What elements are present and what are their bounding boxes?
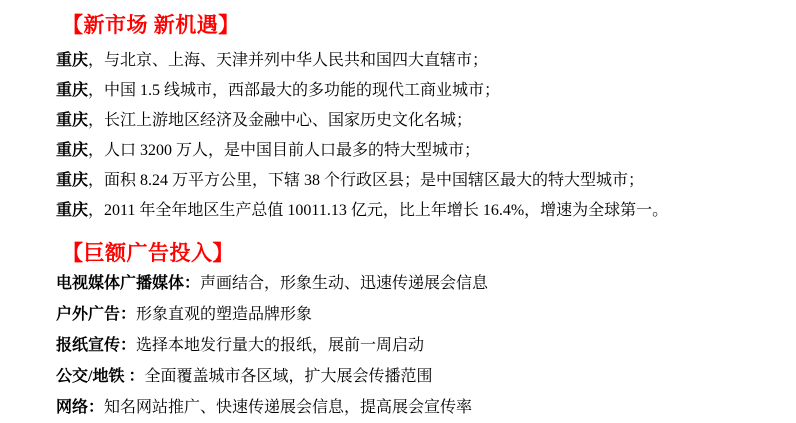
row-label: 网络：	[56, 399, 104, 416]
row-label: 重庆	[56, 82, 88, 99]
city-fact-row: 重庆，2011 年全年地区生产总值 10011.13 亿元，比上年增长 16.4…	[56, 196, 796, 226]
city-fact-row: 重庆，中国 1.5 线城市，西部最大的多功能的现代工商业城市；	[56, 76, 796, 106]
row-label: 户外广告：	[56, 306, 136, 323]
ad-channel-row: 网络：知名网站推广、快速传递展会信息，提高展会宣传率	[56, 392, 796, 423]
city-fact-row: 重庆，人口 3200 万人，是中国目前人口最多的特大型城市；	[56, 136, 796, 166]
row-label: 重庆	[56, 202, 88, 219]
row-text: ，人口 3200 万人，是中国目前人口最多的特大型城市；	[88, 142, 480, 159]
row-label: 电视媒体广播媒体：	[56, 275, 200, 292]
city-fact-row: 重庆，面积 8.24 万平方公里，下辖 38 个行政区县；是中国辖区最大的特大型…	[56, 166, 796, 196]
row-label: 公交/地铁 ：	[56, 368, 144, 385]
row-text: ，与北京、上海、天津并列中华人民共和国四大直辖市；	[88, 52, 488, 69]
section-heading-new-market: 【新市场 新机遇】	[62, 12, 796, 38]
row-text: 选择本地发行量大的报纸，展前一周启动	[136, 337, 424, 354]
row-text: 全面覆盖城市各区域，扩大展会传播范围	[144, 368, 432, 385]
city-fact-row: 重庆，长江上游地区经济及金融中心、国家历史文化名城；	[56, 106, 796, 136]
ad-channel-row: 报纸宣传：选择本地发行量大的报纸，展前一周启动	[56, 330, 796, 361]
row-text: ，2011 年全年地区生产总值 10011.13 亿元，比上年增长 16.4%，…	[88, 202, 668, 219]
row-label: 重庆	[56, 52, 88, 69]
row-text: 形象直观的塑造品牌形象	[136, 306, 312, 323]
row-label: 重庆	[56, 172, 88, 189]
row-text: ，面积 8.24 万平方公里，下辖 38 个行政区县；是中国辖区最大的特大型城市…	[88, 172, 644, 189]
ad-channel-row: 公交/地铁 ：全面覆盖城市各区域，扩大展会传播范围	[56, 361, 796, 392]
row-text: ，中国 1.5 线城市，西部最大的多功能的现代工商业城市；	[88, 82, 500, 99]
row-label: 重庆	[56, 142, 88, 159]
section-ad-investment: 【巨额广告投入】 电视媒体广播媒体：声画结合，形象生动、迅速传递展会信息 户外广…	[0, 240, 796, 423]
row-label: 报纸宣传：	[56, 337, 136, 354]
ad-channel-row: 电视媒体广播媒体：声画结合，形象生动、迅速传递展会信息	[56, 268, 796, 299]
section-new-market: 【新市场 新机遇】 重庆，与北京、上海、天津并列中华人民共和国四大直辖市； 重庆…	[0, 12, 796, 226]
row-text: 声画结合，形象生动、迅速传递展会信息	[200, 275, 488, 292]
row-label: 重庆	[56, 112, 88, 129]
document-page: 【新市场 新机遇】 重庆，与北京、上海、天津并列中华人民共和国四大直辖市； 重庆…	[0, 0, 796, 423]
section-heading-ad-investment: 【巨额广告投入】	[62, 240, 796, 266]
row-text: ，长江上游地区经济及金融中心、国家历史文化名城；	[88, 112, 472, 129]
city-fact-row: 重庆，与北京、上海、天津并列中华人民共和国四大直辖市；	[56, 46, 796, 76]
row-text: 知名网站推广、快速传递展会信息，提高展会宣传率	[104, 399, 472, 416]
ad-channel-row: 户外广告：形象直观的塑造品牌形象	[56, 299, 796, 330]
